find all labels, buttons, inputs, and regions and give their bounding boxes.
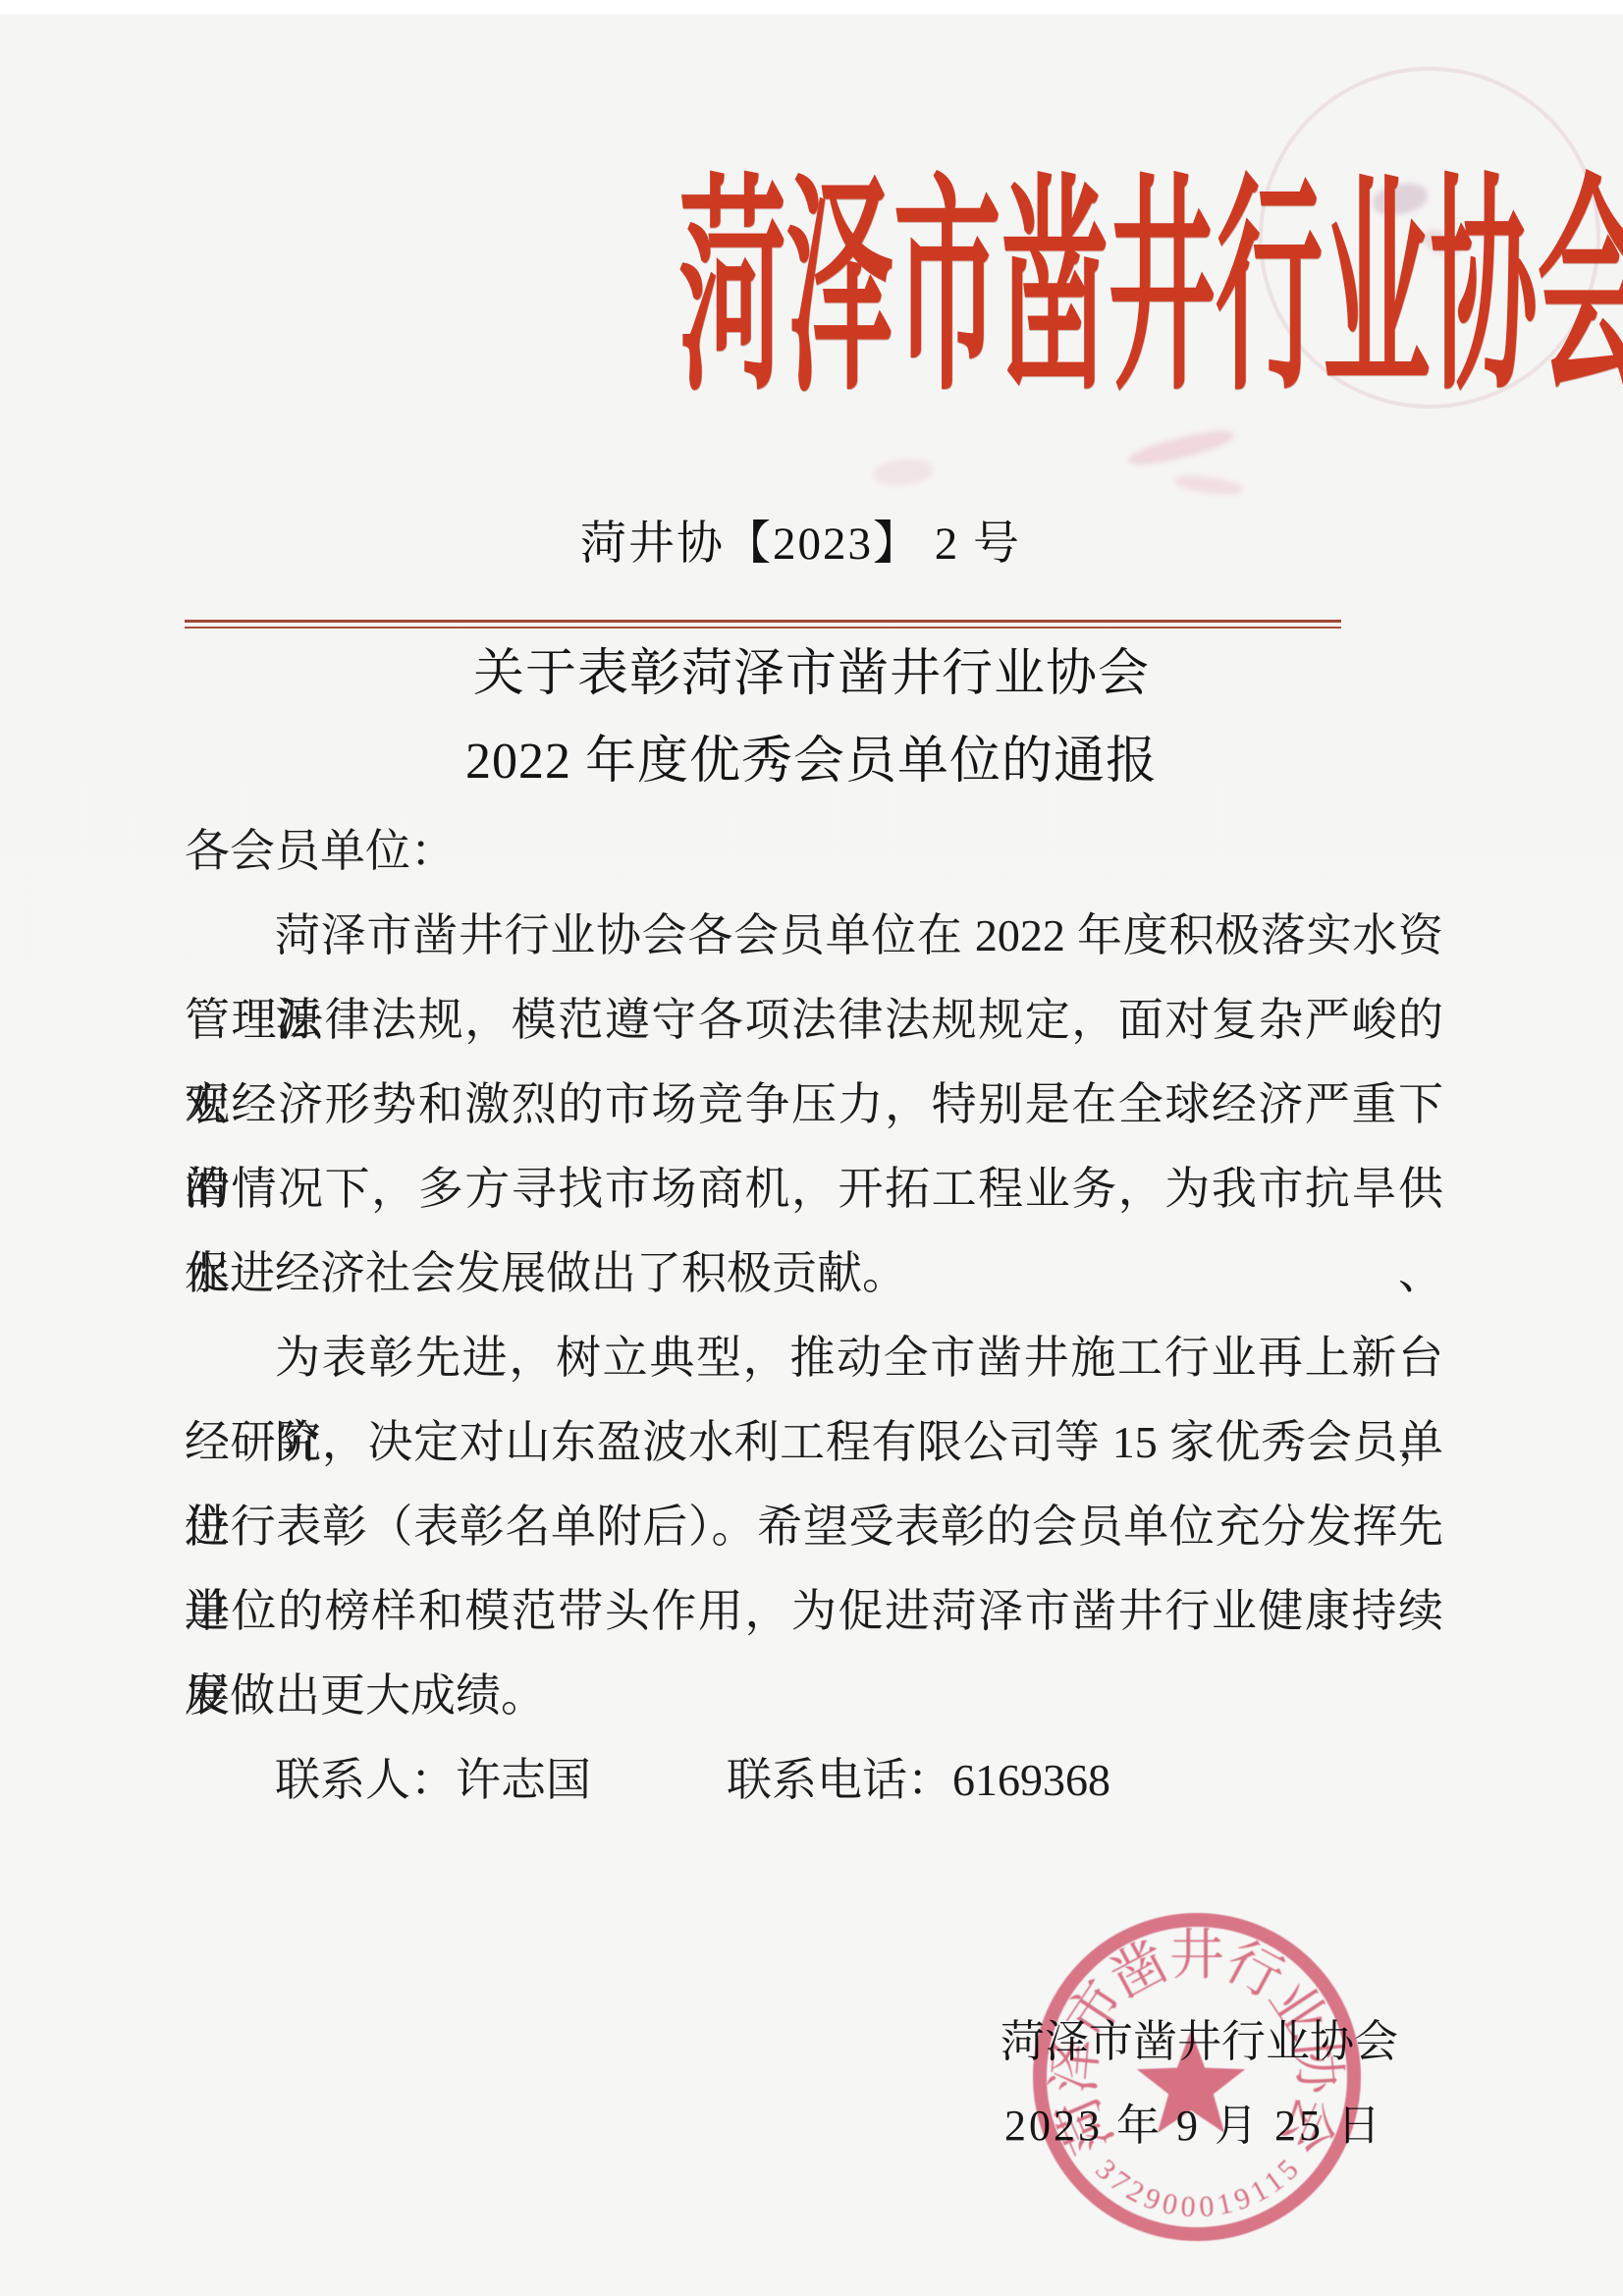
document-body: 各会员单位： 菏泽市凿井行业协会各会员单位在 2022 年度积极落实水资源 管理…: [185, 809, 1443, 1823]
body-line: 管理法律法规，模范遵守各项法律法规规定，面对复杂严峻的宏: [185, 978, 1443, 1063]
document-title-line2: 2022 年度优秀会员单位的通报: [0, 734, 1623, 791]
body-line: 经研究，决定对山东盈波水利工程有限公司等 15 家优秀会员单位: [185, 1400, 1443, 1485]
body-line: 观经济形势和激烈的市场竞争压力，特别是在全球经济严重下滑: [185, 1063, 1443, 1147]
body-line: 进行表彰（表彰名单附后）。希望受表彰的会员单位充分发挥先进: [185, 1485, 1443, 1569]
scan-smudge: [873, 457, 934, 488]
scan-smudge: [1173, 472, 1244, 498]
salutation: 各会员单位：: [185, 809, 1443, 894]
contact-line: 联系人：许志国 联系电话：6169368: [185, 1738, 1443, 1823]
body-line: 展做出更大成绩。: [185, 1654, 1443, 1738]
scan-smudge: [1126, 425, 1236, 470]
document-number: 菏井协【2023】 2 号: [0, 519, 1601, 570]
body-line: 单位的榜样和模范带头作用，为促进菏泽市凿井行业健康持续发: [185, 1569, 1443, 1654]
red-divider-rule: [185, 620, 1341, 629]
seal-star-icon: [1137, 2030, 1245, 2133]
document-title-line1: 关于表彰菏泽市凿井行业协会: [0, 646, 1623, 703]
official-seal: 菏泽市凿井行业协会 372900019115: [992, 1871, 1404, 2296]
letterhead-banner-text: 菏泽市凿井行业协会文件: [678, 175, 1623, 406]
body-line: 菏泽市凿井行业协会各会员单位在 2022 年度积极落实水资源: [185, 894, 1443, 978]
letterhead-banner: 菏泽市凿井行业协会文件: [0, 175, 1623, 406]
body-line: 的情况下，多方寻找市场商机，开拓工程业务，为我市抗旱供水、: [185, 1147, 1443, 1231]
body-line: 为表彰先进，树立典型，推动全市凿井施工行业再上新台阶，: [185, 1316, 1443, 1400]
